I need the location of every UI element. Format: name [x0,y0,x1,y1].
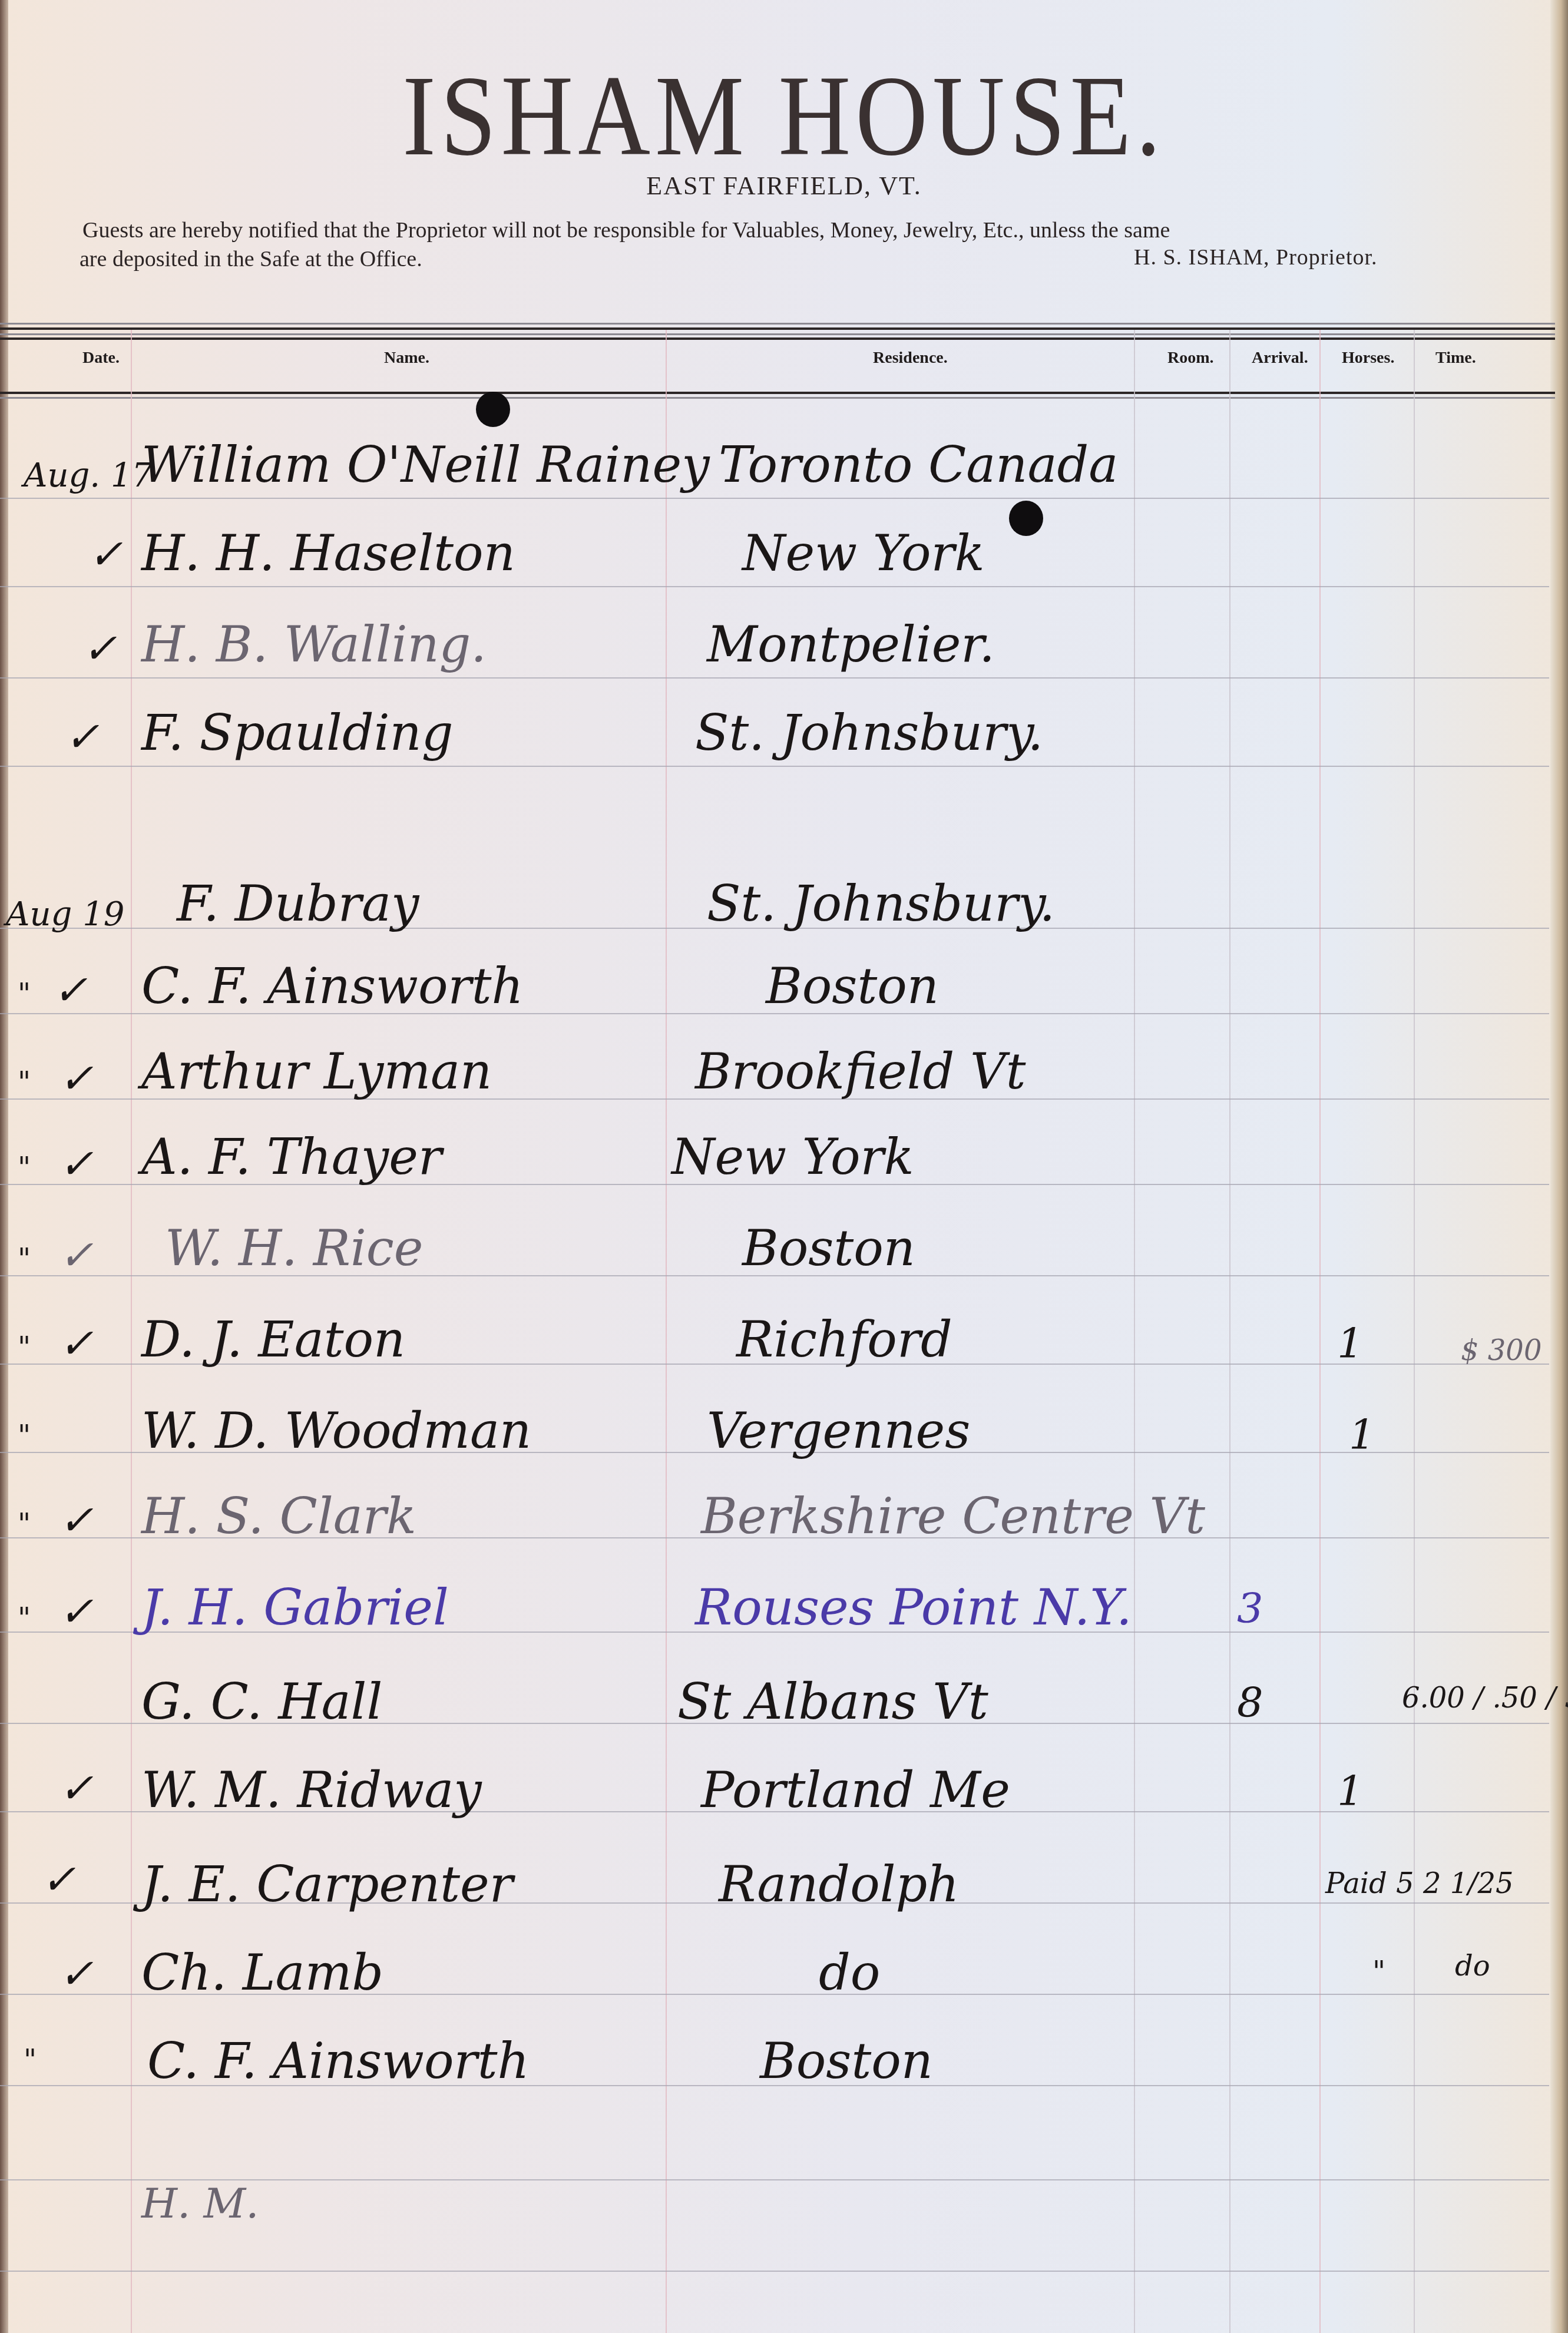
entry-name: C. F. Ainsworth [141,957,524,1015]
room-number: 3 [1237,1584,1263,1633]
entry-residence: Berkshire Centre Vt [701,1487,1205,1545]
ditto-mark: " [18,978,31,1011]
check-mark: ✓ [59,1587,94,1636]
entry-name: A. F. Thayer [141,1128,442,1186]
footer-scribble: H. M. [141,2179,259,2228]
column-header-horses: Horses. [1342,349,1394,368]
entry-residence: Brookfield Vt [695,1043,1026,1100]
check-mark: ✓ [59,1950,94,1998]
header-rule-top-thin [0,323,1555,325]
ditto-mark: " [18,1151,31,1184]
entry-residence: Toronto Canada [719,436,1118,494]
page-edge-right [1550,0,1568,2333]
entry-name: F. Dubray [177,875,419,932]
header-rule-top-thin-2 [0,333,1555,335]
header-rule-bottom-thin [0,397,1555,399]
column-line-room [1229,330,1230,2333]
ditto-mark: " [18,1066,31,1099]
column-line-name [666,330,667,2333]
column-header-date: Date. [82,349,120,368]
entry-name: H. B. Walling. [141,615,487,673]
entry-residence: Montpelier. [707,615,995,673]
check-mark: ✓ [82,624,117,673]
column-line-residence [1134,330,1135,2333]
entry-residence: St. Johnsbury. [707,875,1055,932]
ruled-line [0,766,1549,767]
ditto-mark: " [24,2044,37,2077]
check-mark: ✓ [53,966,88,1014]
entry-name: H. S. Clark [141,1487,416,1545]
header-rule-top [0,327,1555,330]
entry-name: G. C. Hall [141,1673,382,1730]
check-mark: ✓ [59,1319,94,1368]
entry-residence: Rouses Point N.Y. [695,1579,1132,1636]
entry-residence: Vergennes [707,1402,970,1460]
ditto-mark: " [18,1602,31,1635]
arrival-mark: 1 [1337,1767,1364,1815]
entry-name: Arthur Lyman [141,1043,492,1100]
binder-hole-1 [476,392,510,427]
entry-residence: Boston [742,1219,915,1277]
entry-name: H. H. Haselton [141,524,515,582]
arrival-mark: 1 [1349,1411,1375,1459]
entry-residence: New York [671,1128,914,1186]
check-mark: ✓ [59,1140,94,1188]
entry-residence: St. Johnsbury. [695,704,1043,762]
entry-name: W. M. Ridway [141,1761,482,1819]
entry-name: C. F. Ainsworth [147,2032,530,2090]
notice-line-2: are deposited in the Safe at the Office. [80,246,422,272]
entry-name: Ch. Lamb [141,1944,383,2001]
check-mark: ✓ [59,1231,94,1279]
column-line-date [131,330,132,2333]
entry-residence: Portland Me [701,1761,1010,1819]
check-mark: ✓ [65,713,100,761]
notice-line-1: Guests are hereby notified that the Prop… [82,215,1520,246]
entry-name: F. Spaulding [141,704,453,762]
entry-name: W. H. Rice [165,1219,424,1277]
check-mark: ✓ [59,1054,94,1103]
column-line-horses [1414,330,1415,2333]
ditto-mark: " [18,1331,31,1364]
ruled-line [0,2271,1549,2272]
ruled-line [0,677,1549,679]
entry-name: W. D. Woodman [141,1402,531,1460]
ditto-mark: " [18,1243,31,1276]
entry-name: J. H. Gabriel [141,1579,449,1636]
column-header-time: Time. [1435,349,1476,368]
proprietor-signature: H. S. ISHAM, Proprietor. [1134,244,1378,270]
header-rule-bottom [0,392,1555,394]
time-calculation: 6.00 / .50 / 5.50 [1402,1682,1568,1715]
arrival-mark: 1 [1337,1319,1364,1368]
ditto-mark: " [18,1419,31,1452]
paid-note: Paid 5 2 1/25 [1325,1867,1513,1900]
check-mark: ✓ [88,530,123,578]
check-mark: ✓ [59,1496,94,1544]
entry-residence: Richford [736,1311,952,1368]
entry-residence: New York [742,524,985,582]
entry-name: J. E. Carpenter [141,1855,513,1913]
ditto-mark: " [1372,1955,1385,1988]
entry-residence: do [819,1944,880,2001]
ruled-line [0,498,1549,499]
column-header-arrival: Arrival. [1252,349,1308,368]
entry-date: Aug. 17 [24,456,153,495]
binder-hole-2 [1009,501,1043,536]
hotel-location: EAST FAIRFIELD, VT. [0,171,1568,201]
entry-date: Aug 19 [6,895,124,934]
entry-residence: St Albans Vt [677,1673,988,1730]
ditto-mark: " [18,1508,31,1541]
check-mark: ✓ [59,1764,94,1812]
entry-name: William O'Neill Rainey [141,436,710,494]
time-ditto: do [1455,1950,1490,1983]
column-header-name: Name. [384,349,429,368]
column-header-residence: Residence. [873,349,948,368]
column-header-room: Room. [1167,349,1214,368]
header-rule-top-2 [0,337,1555,340]
check-mark: ✓ [41,1855,76,1904]
column-line-arrival [1319,330,1321,2333]
ruled-line [0,586,1549,587]
entry-residence: Randolph [719,1855,959,1913]
entry-residence: Boston [766,957,939,1015]
page-edge-left [0,0,8,2333]
margin-note: $ 300 [1461,1334,1541,1367]
hotel-title: ISHAM HOUSE. [0,50,1568,182]
entry-residence: Boston [760,2032,933,2090]
room-number: 8 [1237,1679,1263,1727]
entry-name: D. J. Eaton [141,1311,405,1368]
